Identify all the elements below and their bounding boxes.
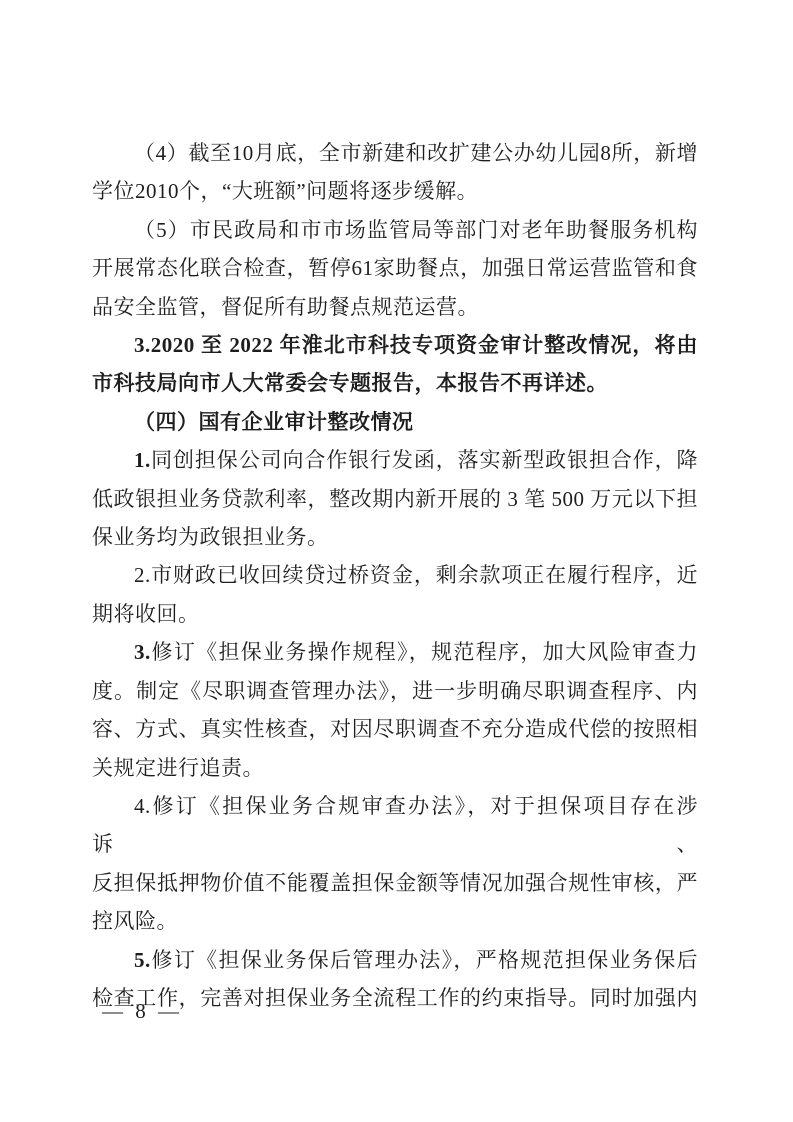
text-segment: 4.修订《担保业务合规审查办法》，对于担保项目存在涉诉、: [92, 794, 698, 856]
text-line: 检查工作，完善对担保业务全流程工作的约束指导。同时加强内: [92, 979, 698, 1017]
text-segment: 开展常态化联合检查，暂停61家助餐点，加强日常运营监管和食: [92, 256, 698, 280]
text-line: 关规定进行追责。: [92, 749, 698, 787]
text-line: 保业务均为政银担业务。: [92, 518, 698, 556]
text-line: 度。制定《尽职调查管理办法》，进一步明确尽职调查程序、内: [92, 672, 698, 710]
text-segment: 容、方式、真实性核查，对因尽职调查不充分造成代偿的按照相: [92, 717, 698, 741]
document-body: （4）截至10月底，全市新建和改扩建公办幼儿园8所，新增学位2010个，“大班额…: [92, 134, 698, 1017]
text-segment: 修订《担保业务保后管理办法》，严格规范担保业务保后: [151, 948, 698, 972]
text-segment: 2.市财政已收回续贷过桥资金，剩余款项正在履行程序，近: [134, 563, 698, 587]
text-segment: 修订《担保业务操作规程》，规范程序，加大风险审查力: [151, 640, 698, 664]
text-line: 开展常态化联合检查，暂停61家助餐点，加强日常运营监管和食: [92, 249, 698, 287]
text-segment: 学位2010个，“大班额”问题将逐步缓解。: [92, 179, 478, 203]
text-line: 品安全监管，督促所有助餐点规范运营。: [92, 288, 698, 326]
list-number: 5.: [134, 948, 151, 972]
document-page: （4）截至10月底，全市新建和改扩建公办幼儿园8所，新增学位2010个，“大班额…: [0, 0, 793, 1122]
text-line: 反担保抵押物价值不能覆盖担保金额等情况加强合规性审核，严: [92, 864, 698, 902]
text-line: （四）国有企业审计整改情况: [92, 403, 698, 441]
text-segment: 期将收回。: [92, 602, 200, 626]
text-segment: （5）市民政局和市市场监管局等部门对老年助餐服务机构: [134, 218, 698, 242]
text-line: 2.市财政已收回续贷过桥资金，剩余款项正在履行程序，近: [92, 556, 698, 594]
text-segment: 品安全监管，督促所有助餐点规范运营。: [92, 295, 479, 319]
text-segment: 度。制定《尽职调查管理办法》，进一步明确尽职调查程序、内: [92, 679, 698, 703]
text-line: 3.修订《担保业务操作规程》，规范程序，加大风险审查力: [92, 633, 698, 671]
text-line: 低政银担业务贷款利率，整改期内新开展的 3 笔 500 万元以下担: [92, 480, 698, 518]
text-line: 市科技局向市人大常委会专题报告，本报告不再详述。: [92, 364, 698, 402]
text-line: （5）市民政局和市市场监管局等部门对老年助餐服务机构: [92, 211, 698, 249]
text-segment: 控风险。: [92, 909, 178, 933]
text-segment: 反担保抵押物价值不能覆盖担保金额等情况加强合规性审核，严: [92, 871, 698, 895]
text-segment: 关规定进行追责。: [92, 756, 264, 780]
text-line: 期将收回。: [92, 595, 698, 633]
text-line: （4）截至10月底，全市新建和改扩建公办幼儿园8所，新增: [92, 134, 698, 172]
text-line: 5.修订《担保业务保后管理办法》，严格规范担保业务保后: [92, 941, 698, 979]
text-segment: 检查工作，完善对担保业务全流程工作的约束指导。同时加强内: [92, 986, 698, 1010]
list-number: 3.2020 至 2022 年淮北市科技专项资金审计整改情况，将由: [134, 333, 698, 357]
list-number: 1.: [134, 448, 151, 472]
text-line: 4.修订《担保业务合规审查办法》，对于担保项目存在涉诉、: [92, 787, 698, 864]
text-line: 控风险。: [92, 902, 698, 940]
text-line: 1.同创担保公司向合作银行发函，落实新型政银担合作，降: [92, 441, 698, 479]
text-segment: 同创担保公司向合作银行发函，落实新型政银担合作，降: [151, 448, 698, 472]
list-number: 3.: [134, 640, 151, 664]
text-segment: （4）截至10月底，全市新建和改扩建公办幼儿园8所，新增: [134, 141, 698, 165]
page-number: — 8 —: [102, 996, 179, 1026]
text-line: 学位2010个，“大班额”问题将逐步缓解。: [92, 172, 698, 210]
list-number: 市科技局向市人大常委会专题报告，本报告不再详述。: [92, 371, 608, 395]
text-segment: 低政银担业务贷款利率，整改期内新开展的 3 笔 500 万元以下担: [92, 487, 698, 511]
text-line: 3.2020 至 2022 年淮北市科技专项资金审计整改情况，将由: [92, 326, 698, 364]
text-line: 容、方式、真实性核查，对因尽职调查不充分造成代偿的按照相: [92, 710, 698, 748]
text-segment: 保业务均为政银担业务。: [92, 525, 329, 549]
list-number: （四）国有企业审计整改情况: [134, 410, 414, 434]
